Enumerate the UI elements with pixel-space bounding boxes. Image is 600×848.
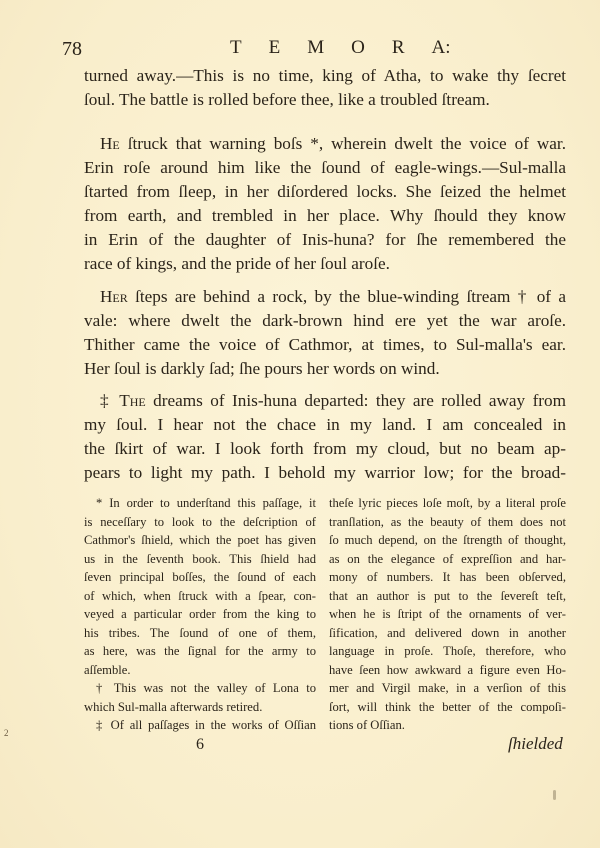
text-line: Erin roſe around him like the ſound of e…	[84, 156, 566, 180]
footnote-line: us in the ſeventh book. This ſhield had	[84, 550, 316, 569]
footnote-line: when he is ſtript of the ornaments of ve…	[329, 605, 566, 624]
paragraph-1: turned away.—This is no time, king of At…	[84, 64, 566, 112]
footnote-line: mony of numbers. It has been obſerved,	[329, 568, 566, 587]
text-line: Her ſteps are behind a rock, by the blue…	[84, 285, 566, 309]
running-title-letter: E	[269, 37, 281, 59]
paper-speck	[553, 790, 556, 800]
text-line: Thither came the voice of Cathmor, at ti…	[84, 333, 566, 357]
running-title: TEMORA:	[230, 37, 478, 59]
footnote-line: mer and Virgil make, in a verſion of thi…	[329, 679, 566, 698]
text-line: ‡ The dreams of Inis-huna departed: they…	[84, 389, 566, 413]
page-header: 78 TEMORA:	[62, 36, 562, 64]
paragraph-lead: He	[100, 134, 120, 153]
footnote-line: ‡ Of all paſſages in the works of Oſſian	[84, 716, 316, 735]
footnote-line: as here, was the ſignal for the army to	[84, 642, 316, 661]
footnote-line: as on the elegance of expreſſion and har…	[329, 550, 566, 569]
catchword: ſhielded	[508, 734, 563, 754]
book-page: 78 TEMORA: turned away.—This is no time,…	[0, 0, 600, 848]
footnote-line: tranſlation, as the beauty of them does …	[329, 513, 566, 532]
footnote-line: ſeven principal boſſes, the ſound of eac…	[84, 568, 316, 587]
paragraph-2: He ſtruck that warning boſs *, wherein d…	[84, 132, 566, 276]
footnote-line: ſification, and delivered down in anothe…	[329, 624, 566, 643]
footnote-line: that an author is put to the ſevereſt te…	[329, 587, 566, 606]
footnote-line: theſe lyric pieces loſe moſt, by a liter…	[329, 494, 566, 513]
footnote-line: is neceſſary to look to the deſcription …	[84, 513, 316, 532]
running-title-letter: A:	[432, 37, 451, 59]
text-fragment: ſtruck that warning boſs *, wherein dwel…	[120, 134, 566, 153]
footnote-line: of which, when ſtruck with a ſpear, con-	[84, 587, 316, 606]
text-line: pears to light my path. I behold my warr…	[84, 461, 566, 485]
footnote-line: ſo much depend, on the ſtrength of thoug…	[329, 531, 566, 550]
text-line: ſoul. The battle is rolled before thee, …	[84, 88, 566, 112]
footnote-line: aſſemble.	[84, 661, 316, 680]
footnote-line: have ſeen how awkward a figure even Ho-	[329, 661, 566, 680]
footnote-line: * In order to underſtand this paſſage, i…	[84, 494, 316, 513]
footnote-line: tions of Oſſian.	[329, 716, 566, 735]
margin-mark: 2	[4, 728, 9, 738]
footnote-line: Cathmor's ſhield, which the poet has giv…	[84, 531, 316, 550]
running-title-letter: T	[230, 37, 242, 59]
text-fragment: ſteps are behind a rock, by the blue-win…	[128, 287, 566, 306]
text-line: He ſtruck that warning boſs *, wherein d…	[84, 132, 566, 156]
footnotes-left-column: * In order to underſtand this paſſage, i…	[84, 494, 316, 735]
paragraph-lead: Her	[100, 287, 128, 306]
page-number: 78	[62, 38, 82, 61]
signature-mark: 6	[196, 736, 204, 754]
text-line: from earth, and trembled in her place. W…	[84, 204, 566, 228]
text-line: in Erin of the daughter of Inis-huna? fo…	[84, 228, 566, 252]
footnote-line: his tribes. The ſound of one of them,	[84, 624, 316, 643]
footnote-line: † This was not the valley of Lona to	[84, 679, 316, 698]
text-fragment: dreams of Inis-huna departed: they are r…	[146, 391, 566, 410]
paragraph-4: ‡ The dreams of Inis-huna departed: they…	[84, 389, 566, 485]
footnote-line: ſort, will think the better of the compo…	[329, 698, 566, 717]
double-dagger-mark: ‡	[100, 391, 119, 410]
paragraph-3: Her ſteps are behind a rock, by the blue…	[84, 285, 566, 381]
running-title-letter: O	[351, 37, 365, 59]
running-title-letter: R	[392, 37, 405, 59]
paragraph-lead: The	[119, 391, 146, 410]
running-title-letter: M	[307, 37, 324, 59]
text-line: race of kings, and the pride of her ſoul…	[84, 252, 566, 276]
text-line: ſtarted from ſleep, in her diſordered lo…	[84, 180, 566, 204]
footnote-line: which Sul-malla afterwards retired.	[84, 698, 316, 717]
footnotes-right-column: theſe lyric pieces loſe moſt, by a liter…	[329, 494, 566, 735]
text-line: my ſoul. I hear not the chace in my land…	[84, 413, 566, 437]
text-line: turned away.—This is no time, king of At…	[84, 64, 566, 88]
text-line: vale: where dwelt the dark-brown hind er…	[84, 309, 566, 333]
footnote-line: language in proſe. Thoſe, therefore, who	[329, 642, 566, 661]
footnote-line: veyed a particular order from the king t…	[84, 605, 316, 624]
text-line: the ſkirt of war. I look forth from my c…	[84, 437, 566, 461]
text-line: Her ſoul is darkly ſad; ſhe pours her wo…	[84, 357, 566, 381]
